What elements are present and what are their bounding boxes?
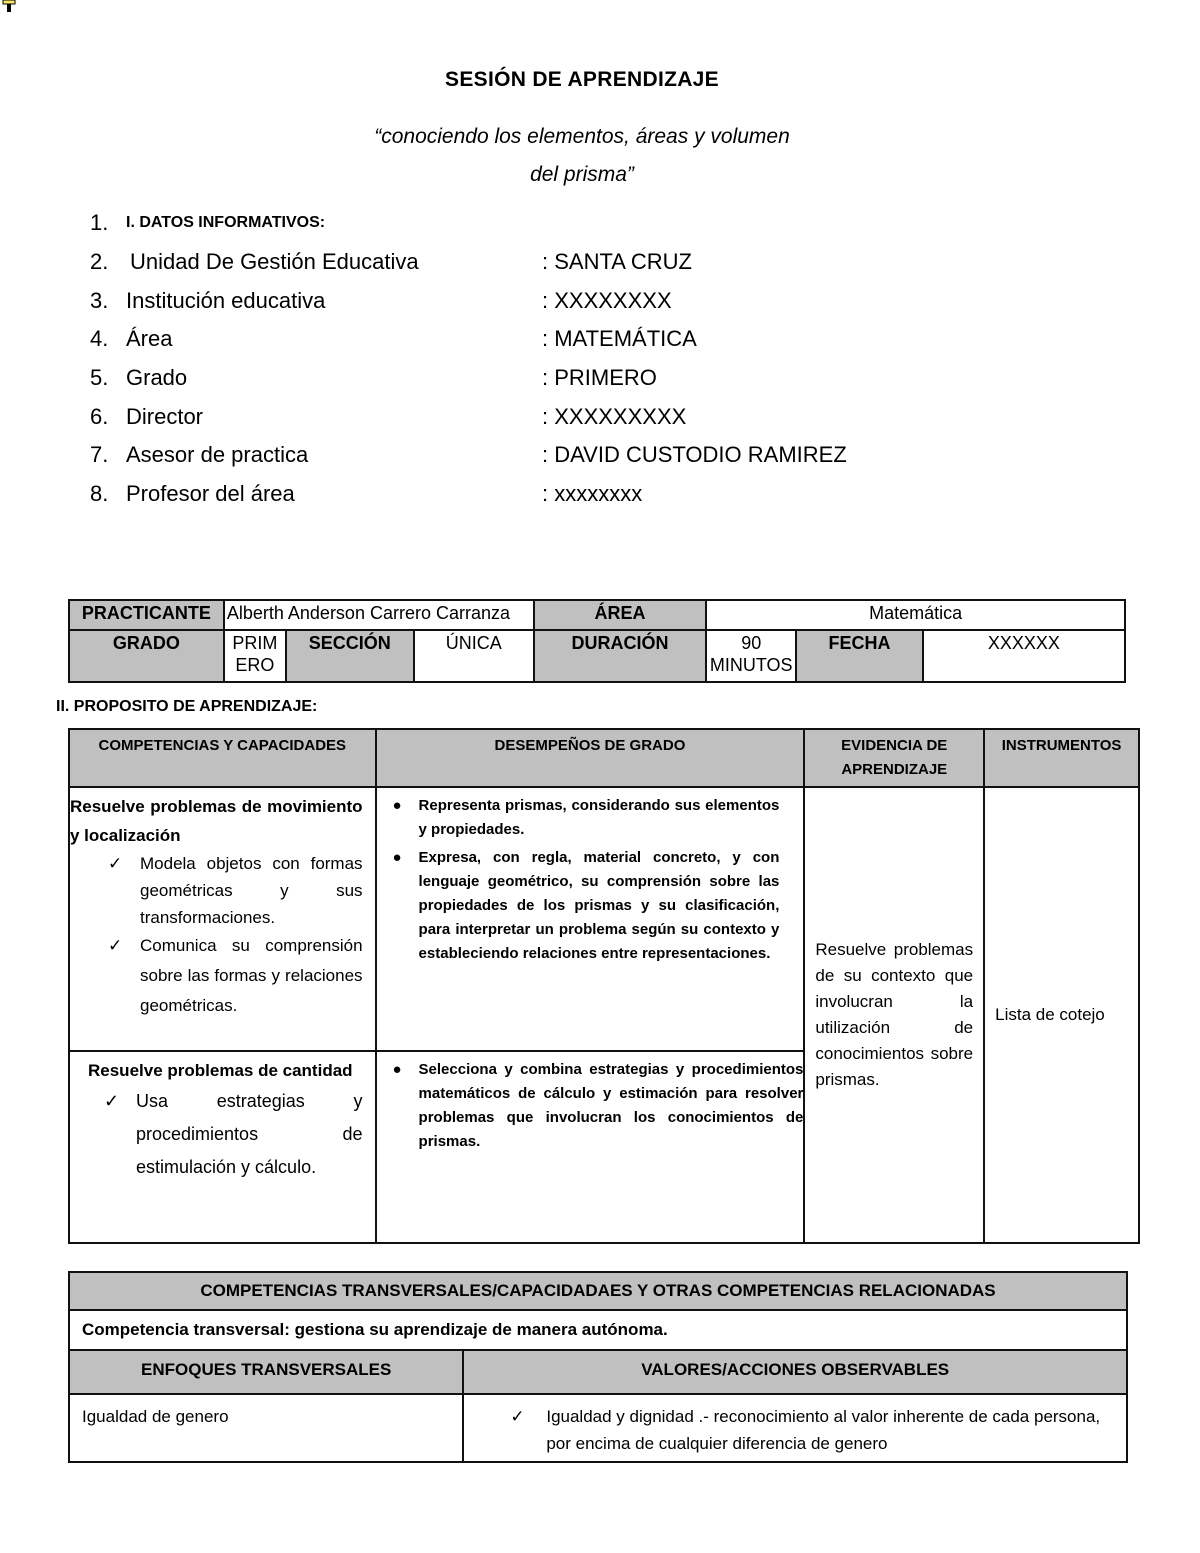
desempenos-list: ●Representa prismas, considerando sus el… bbox=[377, 794, 780, 966]
duracion-label: DURACIÓN bbox=[534, 630, 707, 682]
list-item: ✓Usa estrategias y procedimientos de est… bbox=[104, 1085, 363, 1184]
valores-cell: ✓Igualdad y dignidad .- reconocimiento a… bbox=[463, 1394, 1127, 1462]
bullet-icon: ● bbox=[393, 794, 402, 818]
enfoque-cell: Igualdad de genero bbox=[69, 1394, 463, 1462]
session-subtitle: “conociendo los elementos, áreas y volum… bbox=[0, 118, 1164, 194]
practicante-value: Alberth Anderson Carrero Carranza bbox=[224, 600, 534, 630]
duracion-value: 90 MINUTOS bbox=[706, 630, 796, 682]
info-row: 8. Profesor del área : xxxxxxxx bbox=[90, 475, 990, 514]
fecha-value: XXXXXX bbox=[923, 630, 1125, 682]
datos-informativos-list: 1. I. DATOS INFORMATIVOS: 2. Unidad De G… bbox=[90, 204, 990, 514]
transversales-heading: COMPETENCIAS TRANSVERSALES/CAPACIDADAES … bbox=[69, 1272, 1127, 1310]
info-row: 7. Asesor de practica : DAVID CUSTODIO R… bbox=[90, 436, 990, 475]
list-item: ●Expresa, con regla, material concreto, … bbox=[387, 846, 780, 966]
column-header: VALORES/ACCIONES OBSERVABLES bbox=[463, 1350, 1127, 1394]
check-icon: ✓ bbox=[510, 1403, 524, 1430]
datos-heading-row: 1. I. DATOS INFORMATIVOS: bbox=[90, 204, 990, 243]
bullet-icon: ● bbox=[393, 846, 402, 870]
info-row: 2. Unidad De Gestión Educativa : SANTA C… bbox=[90, 243, 990, 282]
anchor-icon bbox=[2, 0, 18, 12]
practicante-table: PRACTICANTE Alberth Anderson Carrero Car… bbox=[68, 599, 1126, 683]
competencia-cell: Resuelve problemas de cantidad ✓Usa estr… bbox=[69, 1051, 376, 1243]
competencia-title: Resuelve problemas de cantidad bbox=[88, 1056, 363, 1085]
practicante-label: PRACTICANTE bbox=[69, 600, 224, 630]
check-icon: ✓ bbox=[104, 1085, 119, 1118]
info-row: 4. Área : MATEMÁTICA bbox=[90, 320, 990, 359]
grado-label: GRADO bbox=[69, 630, 224, 682]
column-header: EVIDENCIA DE APRENDIZAJE bbox=[804, 729, 984, 787]
competencia-transversal: Competencia transversal: gestiona su apr… bbox=[69, 1310, 1127, 1350]
column-header: COMPETENCIAS Y CAPACIDADES bbox=[69, 729, 376, 787]
area-value: Matemática bbox=[706, 600, 1125, 630]
section-heading: II. PROPOSITO DE APRENDIZAJE: bbox=[56, 698, 317, 716]
list-item: ✓Comunica su comprensión sobre las forma… bbox=[108, 931, 363, 1021]
fecha-label: FECHA bbox=[796, 630, 923, 682]
grado-value: PRIMERO bbox=[224, 630, 286, 682]
seccion-value: ÚNICA bbox=[414, 630, 534, 682]
column-header: INSTRUMENTOS bbox=[984, 729, 1139, 787]
column-header: DESEMPEÑOS DE GRADO bbox=[376, 729, 805, 787]
valores-list: ✓Igualdad y dignidad .- reconocimiento a… bbox=[464, 1403, 1114, 1457]
info-row: 6. Director : XXXXXXXXX bbox=[90, 397, 990, 436]
desempenos-list: ●Selecciona y combina estrategias y proc… bbox=[377, 1058, 804, 1154]
bullet-icon: ● bbox=[393, 1058, 402, 1082]
competencia-cell: Resuelve problemas de movimiento y local… bbox=[69, 787, 376, 1051]
instrumento-cell: Lista de cotejo bbox=[984, 787, 1139, 1243]
list-item: ●Representa prismas, considerando sus el… bbox=[387, 794, 780, 842]
list-item: ●Selecciona y combina estrategias y proc… bbox=[387, 1058, 804, 1154]
evidencia-cell: Resuelve problemas de su contexto que in… bbox=[804, 787, 984, 1243]
transversales-table: COMPETENCIAS TRANSVERSALES/CAPACIDADAES … bbox=[68, 1271, 1128, 1463]
proposito-table: COMPETENCIAS Y CAPACIDADES DESEMPEÑOS DE… bbox=[68, 728, 1140, 1244]
capacidades-list: ✓Usa estrategias y procedimientos de est… bbox=[88, 1085, 363, 1184]
section-heading: I. DATOS INFORMATIVOS: bbox=[126, 214, 542, 232]
list-item: ✓Modela objetos con formas geométricas y… bbox=[108, 850, 363, 931]
info-row: 5. Grado : PRIMERO bbox=[90, 359, 990, 398]
column-header: ENFOQUES TRANSVERSALES bbox=[69, 1350, 463, 1394]
list-item: ✓Igualdad y dignidad .- reconocimiento a… bbox=[500, 1403, 1114, 1457]
info-row: 3. Institución educativa : XXXXXXXX bbox=[90, 281, 990, 320]
check-icon: ✓ bbox=[108, 850, 122, 877]
desempenos-cell: ●Selecciona y combina estrategias y proc… bbox=[376, 1051, 805, 1243]
seccion-label: SECCIÓN bbox=[286, 630, 414, 682]
area-label: ÁREA bbox=[534, 600, 707, 630]
desempenos-cell: ●Representa prismas, considerando sus el… bbox=[376, 787, 805, 1051]
capacidades-list: ✓Modela objetos con formas geométricas y… bbox=[70, 850, 363, 1021]
check-icon: ✓ bbox=[108, 931, 122, 961]
page-title: SESIÓN DE APRENDIZAJE bbox=[0, 68, 1164, 92]
competencia-title: Resuelve problemas de movimiento y local… bbox=[70, 792, 363, 850]
